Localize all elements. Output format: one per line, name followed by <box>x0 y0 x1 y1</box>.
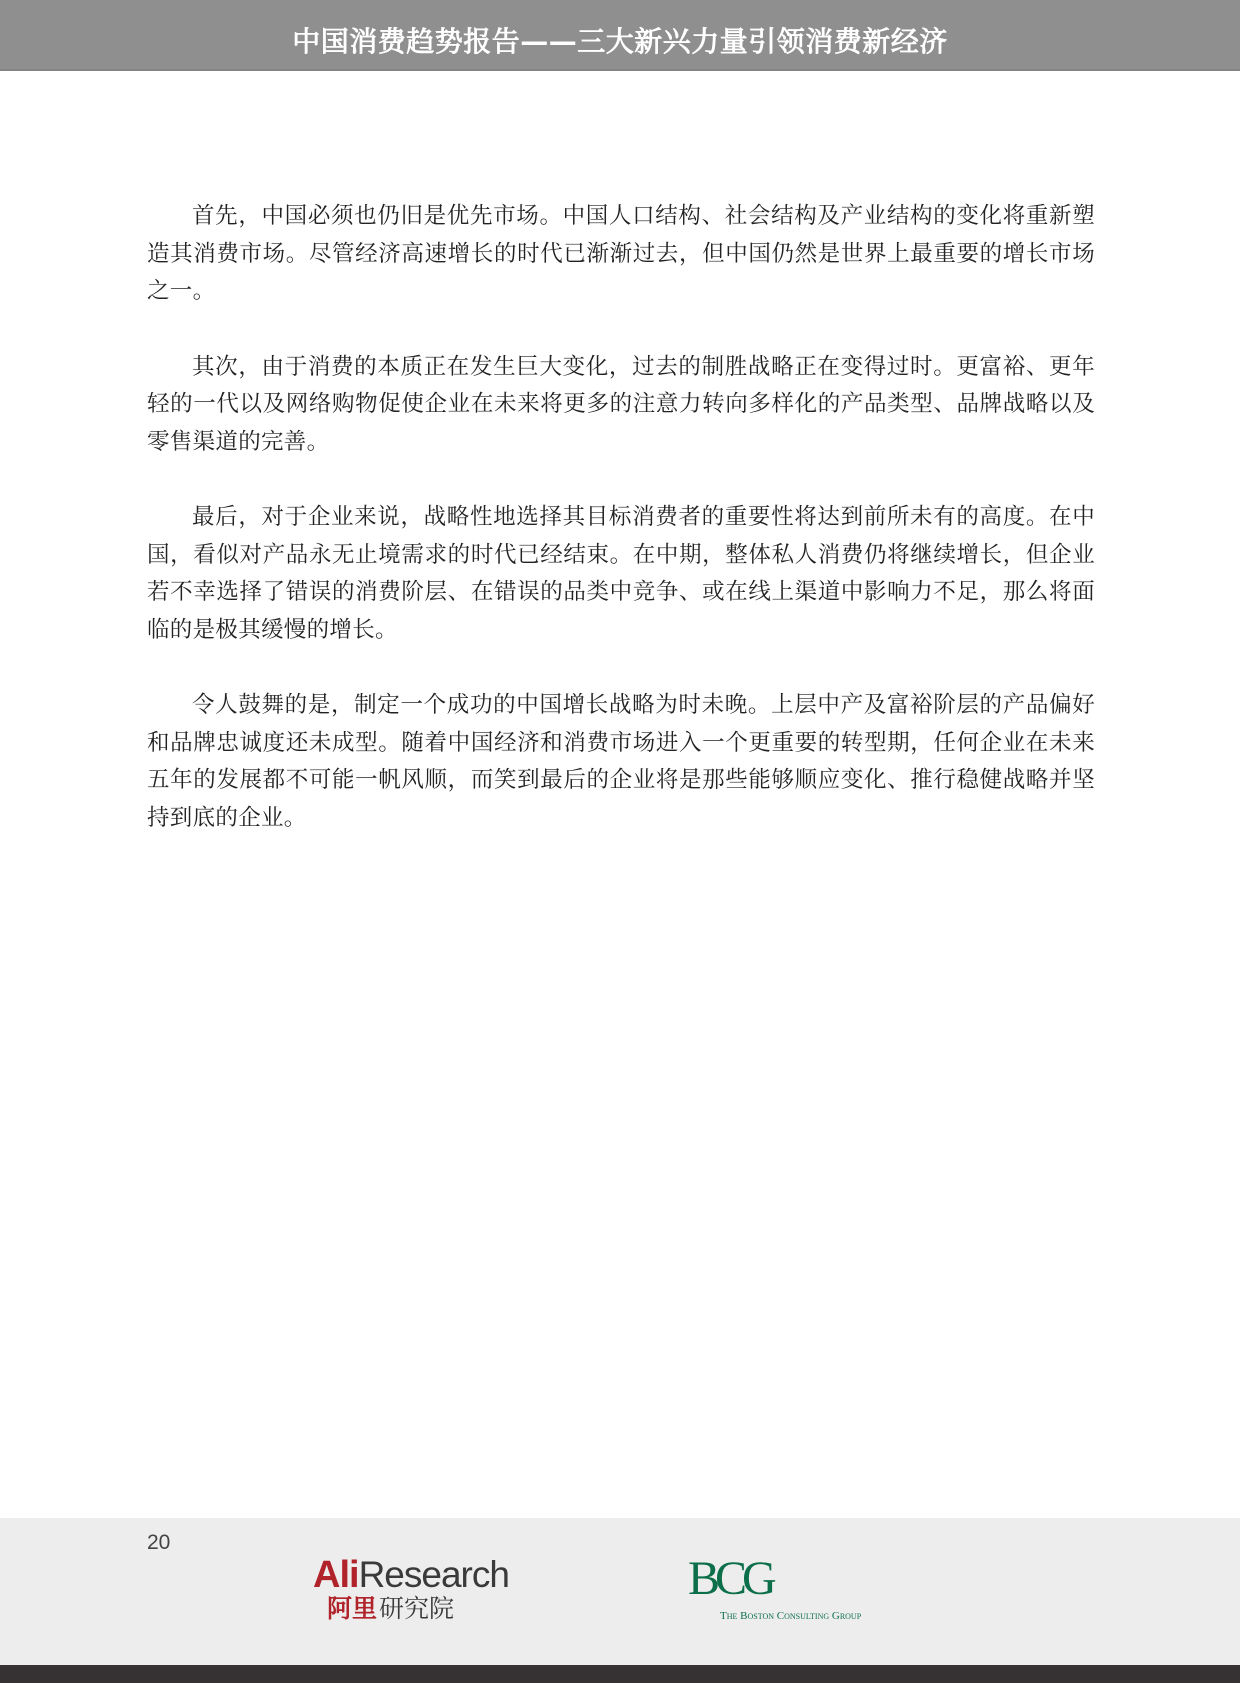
footer-band <box>0 1518 1240 1665</box>
bcg-mark: BCG <box>688 1554 772 1604</box>
bcg-logo: BCG The Boston Consulting Group <box>688 1554 918 1624</box>
paragraph-4: 令人鼓舞的是，制定一个成功的中国增长战略为时未晚。上层中产及富裕阶层的产品偏好和… <box>147 687 1095 837</box>
document-title: 中国消费趋势报告——三大新兴力量引领消费新经济 <box>0 22 1240 62</box>
aliresearch-chinese-name: 阿里研究院 <box>327 1594 454 1627</box>
ali-text: Ali <box>313 1554 359 1596</box>
page-number: 20 <box>147 1531 170 1555</box>
institute-cn-text: 研究院 <box>379 1594 454 1623</box>
body-content: 首先，中国必须也仍旧是优先市场。中国人口结构、社会结构及产业结构的变化将重新塑造… <box>147 198 1095 875</box>
bottom-strip <box>0 1665 1240 1683</box>
paragraph-1: 首先，中国必须也仍旧是优先市场。中国人口结构、社会结构及产业结构的变化将重新塑造… <box>147 198 1095 311</box>
ali-cn-text: 阿里 <box>327 1594 377 1623</box>
paragraph-3: 最后，对于企业来说，战略性地选择其目标消费者的重要性将达到前所未有的高度。在中国… <box>147 499 1095 649</box>
research-text: Research <box>359 1554 509 1595</box>
paragraph-2: 其次，由于消费的本质正在发生巨大变化，过去的制胜战略正在变得过时。更富裕、更年轻… <box>147 349 1095 462</box>
header-band: 中国消费趋势报告——三大新兴力量引领消费新经济 <box>0 0 1240 71</box>
bcg-subtitle: The Boston Consulting Group <box>720 1610 861 1622</box>
aliresearch-logo: AliResearch 阿里研究院 <box>313 1556 543 1626</box>
